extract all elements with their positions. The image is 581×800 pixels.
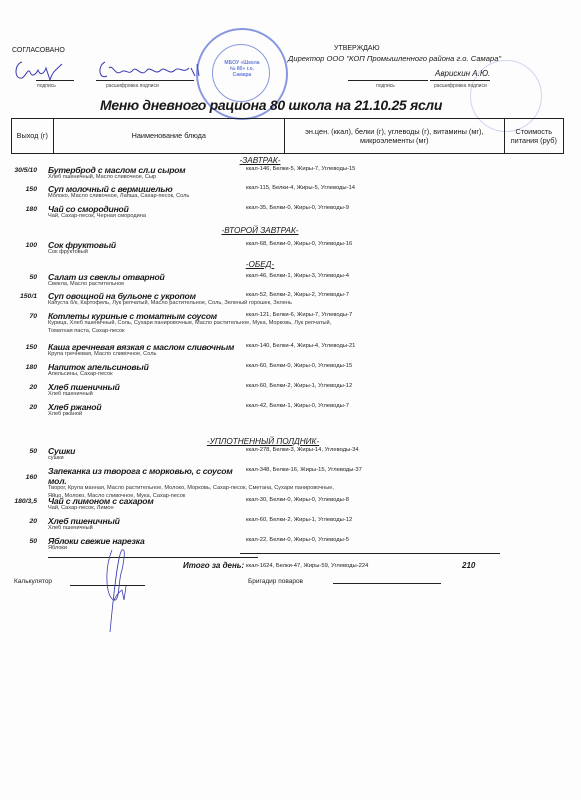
dish-ingredients: сушки: [48, 455, 348, 463]
dish-nutrition: ккал-60, Белки-0, Жиры-0, Углеводы-15: [246, 363, 352, 369]
dish-nutrition: ккал-140, Белки-4, Жиры-4, Углеводы-21: [246, 343, 355, 349]
dish-ingredients: Чай, Сахар-песок, Черная смородина: [48, 213, 348, 221]
dish-nutrition: ккал-60, Белки-2, Жиры-1, Углеводы-12: [246, 383, 352, 389]
dish-yield: 30/5/10: [5, 167, 37, 174]
dish-nutrition: ккал-121, Белки-6, Жиры-7, Углеводы-7: [246, 312, 352, 318]
header-cost: Стоимость питания (руб): [504, 119, 563, 154]
dish-yield: 150/1: [5, 293, 37, 300]
dish-nutrition: ккал-60, Белки-2, Жиры-1, Углеводы-12: [246, 517, 352, 523]
dish-yield: 20: [5, 404, 37, 411]
section-title: -ОБЕД-: [210, 260, 310, 269]
dish-ingredients: Апельсины, Сахар-песок: [48, 371, 348, 379]
dish-yield: 20: [5, 384, 37, 391]
dish-ingredients: Чай, Сахар-песок, Лимон: [48, 505, 348, 513]
header-nutrition: эн.цен. (ккал), белки (г), углеводы (г),…: [285, 119, 505, 154]
stamp-text: МБОУ «Школа № 80» г.о. Самара: [224, 60, 260, 78]
dish-nutrition: ккал-115, Белки-4, Жиры-5, Углеводы-14: [246, 185, 355, 191]
header-dish-name: Наименование блюда: [53, 119, 284, 154]
dish-ingredients: Хлеб пшеничный, Масло сливочное, Сыр: [48, 174, 348, 182]
header-yield: Выход (г): [12, 119, 54, 154]
dish-ingredients: Молоко, Масло сливочное, Лапша, Сахар-пе…: [48, 193, 348, 201]
chef-signature-line: [333, 583, 441, 584]
dish-yield: 20: [5, 518, 37, 525]
menu-table-header: Выход (г) Наименование блюда эн.цен. (кк…: [11, 118, 564, 154]
dish-ingredients: Свекла, Масло растительное: [48, 281, 348, 289]
calculator-label: Калькулятор: [14, 578, 52, 585]
approve-label: УТВЕРЖДАЮ: [334, 45, 380, 52]
section-title: -УПЛОТНЕННЫЙ ПОЛДНИК-: [198, 437, 328, 446]
totals-divider-right: [240, 553, 500, 554]
dish-ingredients: Капуста б/к, Картофель, Лук репчатый, Ма…: [48, 300, 348, 308]
dish-nutrition: ккал-348, Белки-16, Жиры-15, Углеводы-37: [246, 467, 362, 473]
dish-ingredients: Хлеб пшеничный: [48, 525, 348, 533]
signature-icon: [12, 58, 72, 84]
dish-yield: 100: [5, 242, 37, 249]
dish-nutrition: ккал-22, Белки-0, Жиры-0, Углеводы-5: [246, 537, 349, 543]
dish-nutrition: ккал-42, Белки-1, Жиры-0, Углеводы-7: [246, 403, 349, 409]
dish-yield: 70: [5, 313, 37, 320]
dish-ingredients: Яблоки: [48, 545, 348, 553]
dish-yield: 50: [5, 274, 37, 281]
dish-yield: 50: [5, 538, 37, 545]
totals-divider: [48, 557, 258, 558]
chef-label: Бригадир поваров: [248, 578, 303, 585]
right-decode-caption: расшифровка подписи: [434, 83, 487, 89]
dish-yield: 180: [5, 206, 37, 213]
right-decode-line: [430, 80, 490, 81]
dish-ingredients: Крупа гречневая, Масло сливочное, Соль: [48, 351, 348, 359]
dish-yield: 180: [5, 364, 37, 371]
dish-ingredients: Хлеб пшеничный: [48, 391, 348, 399]
dish-nutrition: ккал-46, Белки-1, Жиры-3, Углеводы-4: [246, 273, 349, 279]
dish-nutrition: ккал-30, Белки-0, Жиры-0, Углеводы-8: [246, 497, 349, 503]
right-signature-caption: подпись: [376, 83, 395, 89]
dish-yield: 50: [5, 448, 37, 455]
dish-yield: 150: [5, 186, 37, 193]
dish-name: Запеканка из творога с морковью, с соусо…: [48, 466, 248, 486]
signature-starovero-icon: [95, 58, 205, 84]
approved-label: СОГЛАСОВАНО: [12, 47, 65, 54]
totals-label: Итого за день:: [183, 561, 244, 570]
dish-ingredients: Сок фруктовый: [48, 249, 348, 257]
right-signer: Аврискин А.Ю.: [435, 69, 490, 78]
director-line: Директор ООО "КОП Промышленного района г…: [288, 54, 501, 63]
dish-yield: 150: [5, 344, 37, 351]
calculator-signature-icon: [100, 540, 140, 635]
totals-cost: 210: [462, 561, 475, 570]
dish-nutrition: ккал-35, Белки-0, Жиры-0, Углеводы-9: [246, 205, 349, 211]
dish-nutrition: ккал-278, Белки-3, Жиры-14, Углеводы-34: [246, 447, 359, 453]
dish-nutrition: ккал-146, Белки-5, Жиры-7, Углеводы-15: [246, 166, 355, 172]
dish-nutrition: ккал-52, Белки-2, Жиры-2, Углеводы-7: [246, 292, 349, 298]
dish-nutrition: ккал-68, Белки-0, Жиры-0, Углеводы-16: [246, 241, 352, 247]
totals-nutrition: ккал-1624, Белки-47, Жиры-59, Углеводы-2…: [246, 563, 368, 569]
page-title: Меню дневного рациона 80 школа на 21.10.…: [100, 97, 442, 113]
dish-yield: 180/3,5: [5, 498, 37, 505]
dish-ingredients: Курица, Хлеб пшеничный, Соль, Сухари пан…: [48, 320, 348, 335]
section-title: -ЗАВТРАК-: [210, 156, 310, 165]
right-signature-line: [348, 80, 428, 81]
dish-yield: 160: [5, 474, 37, 481]
dish-ingredients: Хлеб ржаной: [48, 411, 348, 419]
section-title: -ВТОРОЙ ЗАВТРАК-: [210, 226, 310, 235]
